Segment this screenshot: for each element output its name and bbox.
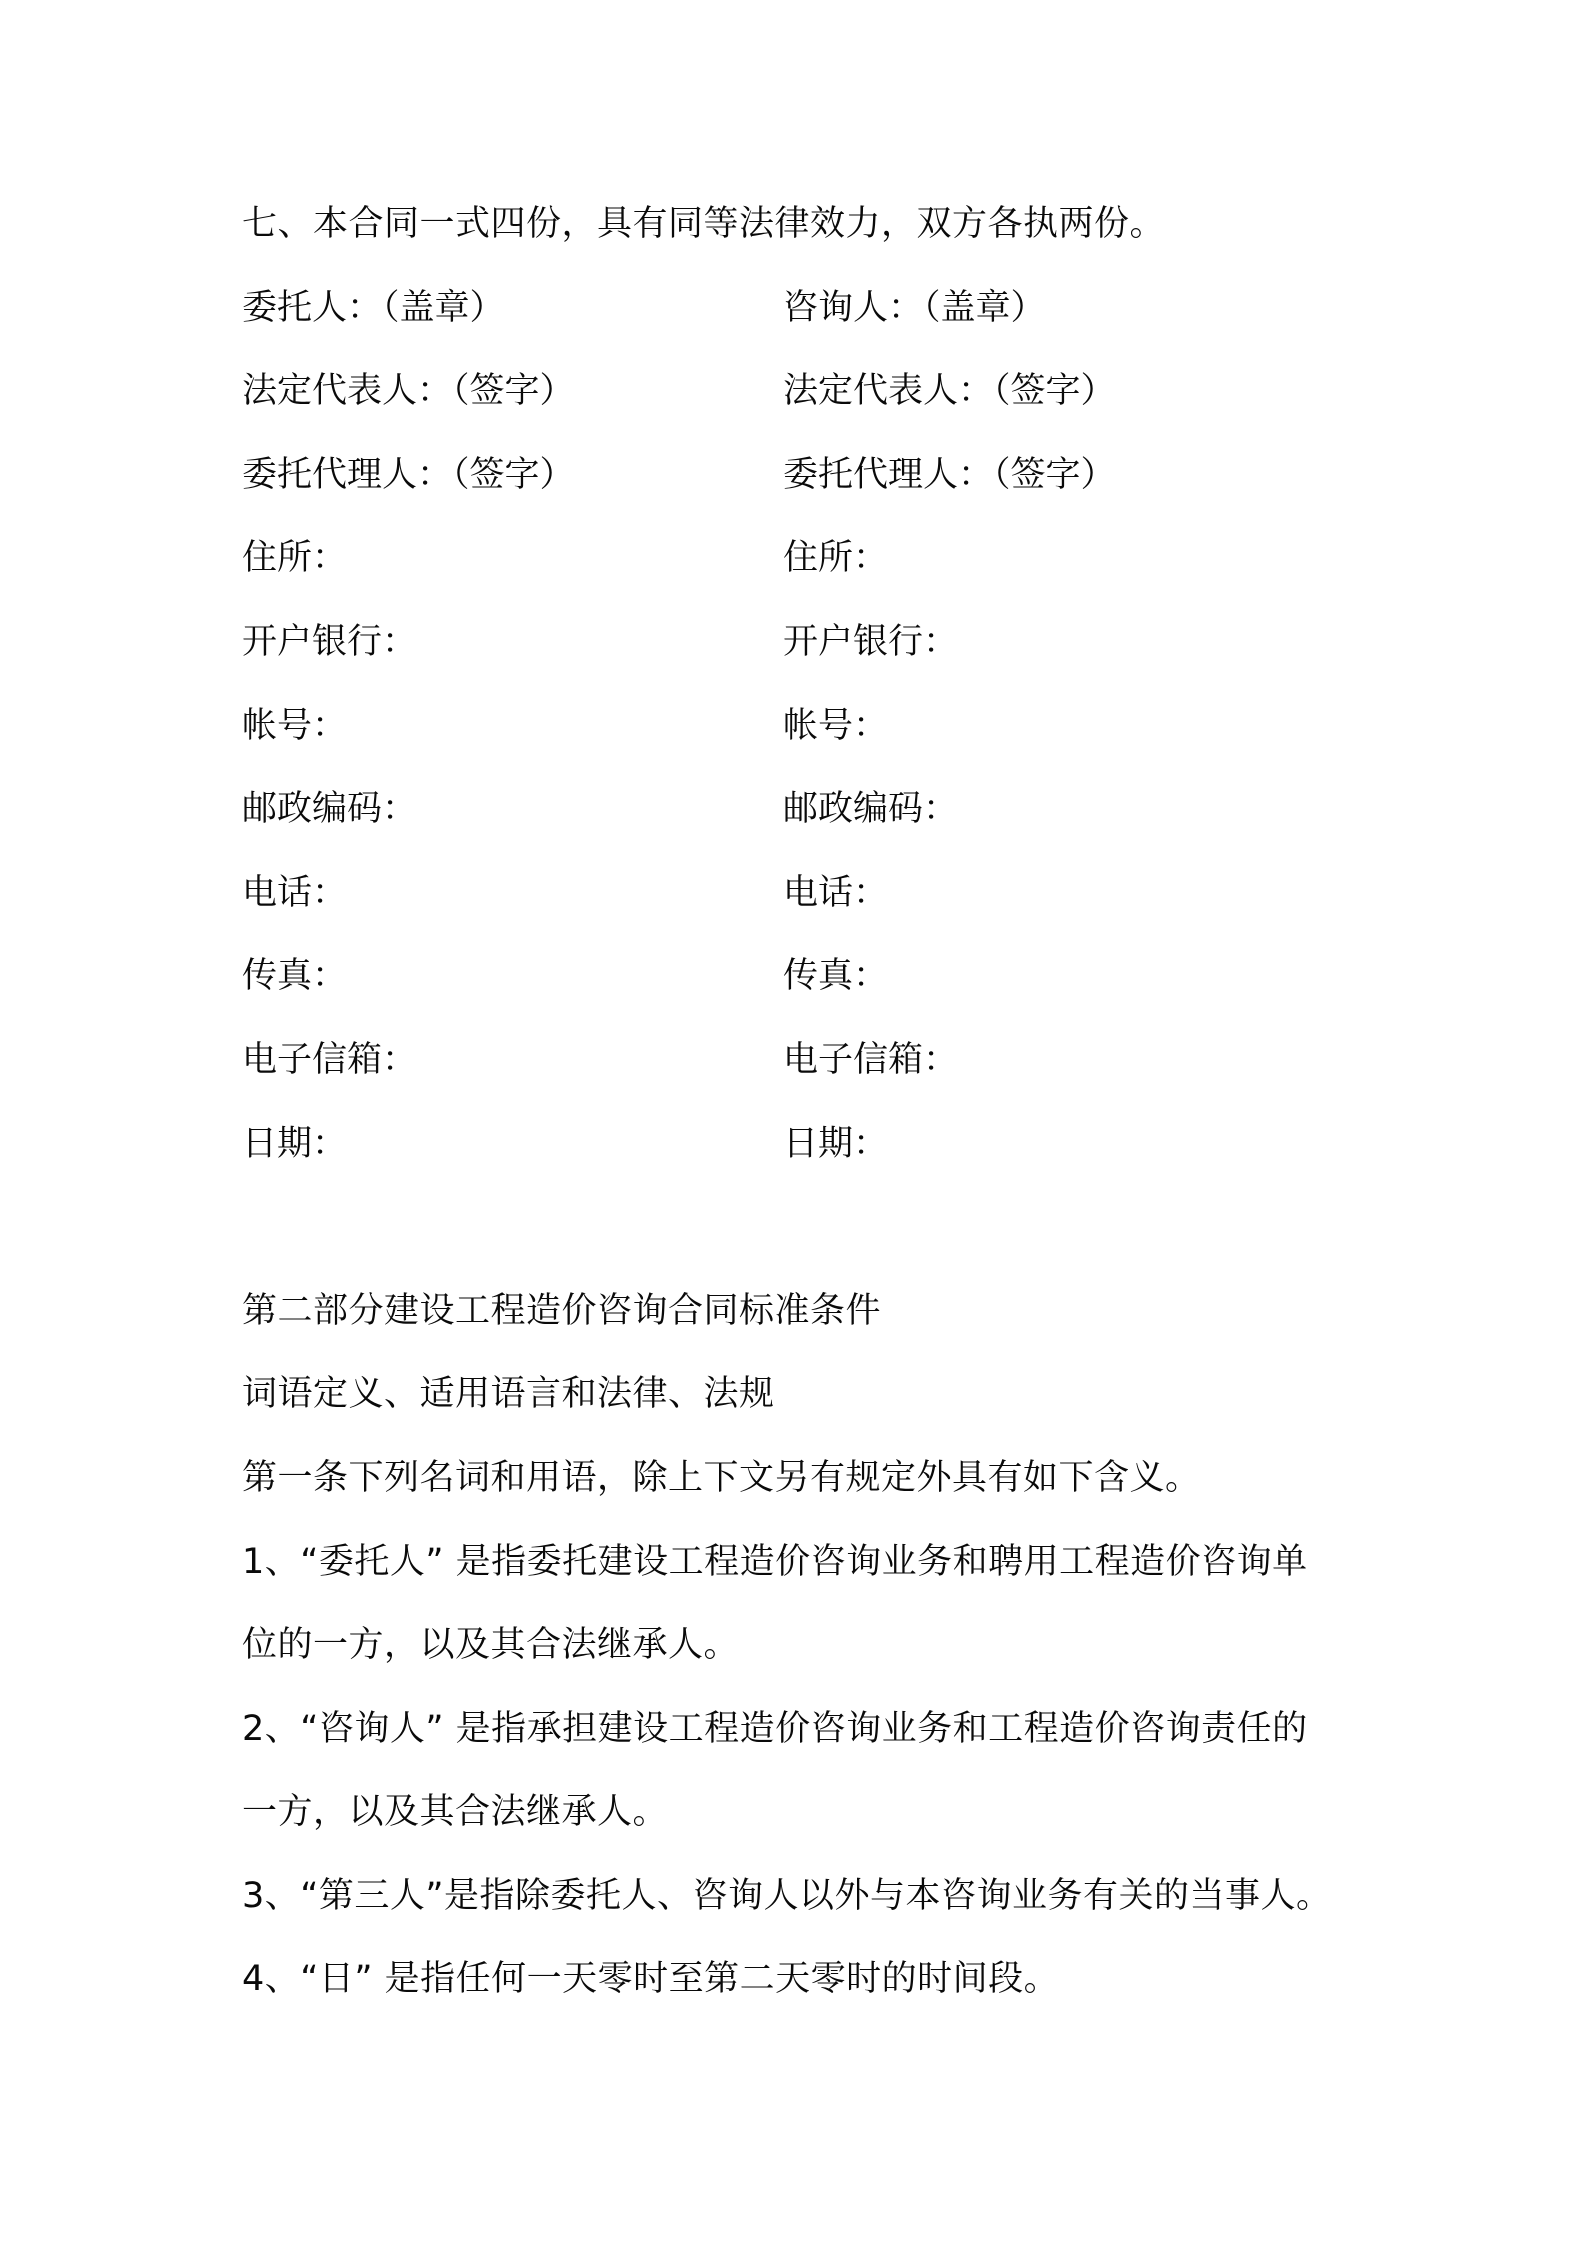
client-postcode-label: 邮政编码： xyxy=(242,768,783,852)
client-seal-label: 委托人：（盖章） xyxy=(242,267,783,351)
clause-seven: 七、本合同一式四份，具有同等法律效力，双方各执两份。 xyxy=(242,183,1362,267)
document-page: 七、本合同一式四份，具有同等法律效力，双方各执两份。 委托人：（盖章） 咨询人：… xyxy=(242,183,1362,2022)
definition-item-day: 4、“日” 是指任何一天零时至第二天零时的时间段。 xyxy=(242,1938,1362,2022)
definition-item-third-party: 3、“第三人”是指除委托人、咨询人以外与本咨询业务有关的当事人。 xyxy=(242,1855,1362,1939)
signature-row-date: 日期： 日期： xyxy=(242,1103,1362,1187)
signature-row-agent: 委托代理人：（签字） 委托代理人：（签字） xyxy=(242,434,1362,518)
definition-line: 4、“日” 是指任何一天零时至第二天零时的时间段。 xyxy=(242,1938,1362,2022)
spacer xyxy=(242,1186,1362,1270)
consultant-email-label: 电子信箱： xyxy=(783,1019,1362,1103)
signature-row-fax: 传真： 传真： xyxy=(242,935,1362,1019)
signature-block: 委托人：（盖章） 咨询人：（盖章） 法定代表人：（签字） 法定代表人：（签字） … xyxy=(242,267,1362,1187)
consultant-legal-rep-label: 法定代表人：（签字） xyxy=(783,350,1362,434)
signature-row-email: 电子信箱： 电子信箱： xyxy=(242,1019,1362,1103)
definition-item-client: 1、“委托人” 是指委托建设工程造价咨询业务和聘用工程造价咨询单 位的一方，以及… xyxy=(242,1521,1362,1688)
client-date-label: 日期： xyxy=(242,1103,783,1187)
client-fax-label: 传真： xyxy=(242,935,783,1019)
article-one: 第一条下列名词和用语，除上下文另有规定外具有如下含义。 xyxy=(242,1437,1362,1521)
client-email-label: 电子信箱： xyxy=(242,1019,783,1103)
signature-row-seal: 委托人：（盖章） 咨询人：（盖章） xyxy=(242,267,1362,351)
part-two-title: 第二部分建设工程造价咨询合同标准条件 xyxy=(242,1270,1362,1354)
definition-line: 2、“咨询人” 是指承担建设工程造价咨询业务和工程造价咨询责任的 xyxy=(242,1688,1362,1772)
client-legal-rep-label: 法定代表人：（签字） xyxy=(242,350,783,434)
consultant-account-label: 帐号： xyxy=(783,685,1362,769)
consultant-agent-label: 委托代理人：（签字） xyxy=(783,434,1362,518)
consultant-fax-label: 传真： xyxy=(783,935,1362,1019)
definition-line: 一方，以及其合法继承人。 xyxy=(242,1771,1362,1855)
signature-row-legal-rep: 法定代表人：（签字） 法定代表人：（签字） xyxy=(242,350,1362,434)
definition-line: 1、“委托人” 是指委托建设工程造价咨询业务和聘用工程造价咨询单 xyxy=(242,1521,1362,1605)
consultant-date-label: 日期： xyxy=(783,1103,1362,1187)
client-address-label: 住所： xyxy=(242,517,783,601)
signature-row-postcode: 邮政编码： 邮政编码： xyxy=(242,768,1362,852)
definition-line: 位的一方，以及其合法继承人。 xyxy=(242,1604,1362,1688)
part-two-subtitle: 词语定义、适用语言和法律、法规 xyxy=(242,1353,1362,1437)
client-agent-label: 委托代理人：（签字） xyxy=(242,434,783,518)
client-account-label: 帐号： xyxy=(242,685,783,769)
definition-line: 3、“第三人”是指除委托人、咨询人以外与本咨询业务有关的当事人。 xyxy=(242,1855,1362,1939)
client-bank-label: 开户银行： xyxy=(242,601,783,685)
consultant-postcode-label: 邮政编码： xyxy=(783,768,1362,852)
client-phone-label: 电话： xyxy=(242,852,783,936)
consultant-bank-label: 开户银行： xyxy=(783,601,1362,685)
consultant-address-label: 住所： xyxy=(783,517,1362,601)
signature-row-phone: 电话： 电话： xyxy=(242,852,1362,936)
definition-item-consultant: 2、“咨询人” 是指承担建设工程造价咨询业务和工程造价咨询责任的 一方，以及其合… xyxy=(242,1688,1362,1855)
signature-row-account: 帐号： 帐号： xyxy=(242,685,1362,769)
consultant-seal-label: 咨询人：（盖章） xyxy=(783,267,1362,351)
part-two-section: 第二部分建设工程造价咨询合同标准条件 词语定义、适用语言和法律、法规 第一条下列… xyxy=(242,1270,1362,2022)
consultant-phone-label: 电话： xyxy=(783,852,1362,936)
signature-row-bank: 开户银行： 开户银行： xyxy=(242,601,1362,685)
signature-row-address: 住所： 住所： xyxy=(242,517,1362,601)
